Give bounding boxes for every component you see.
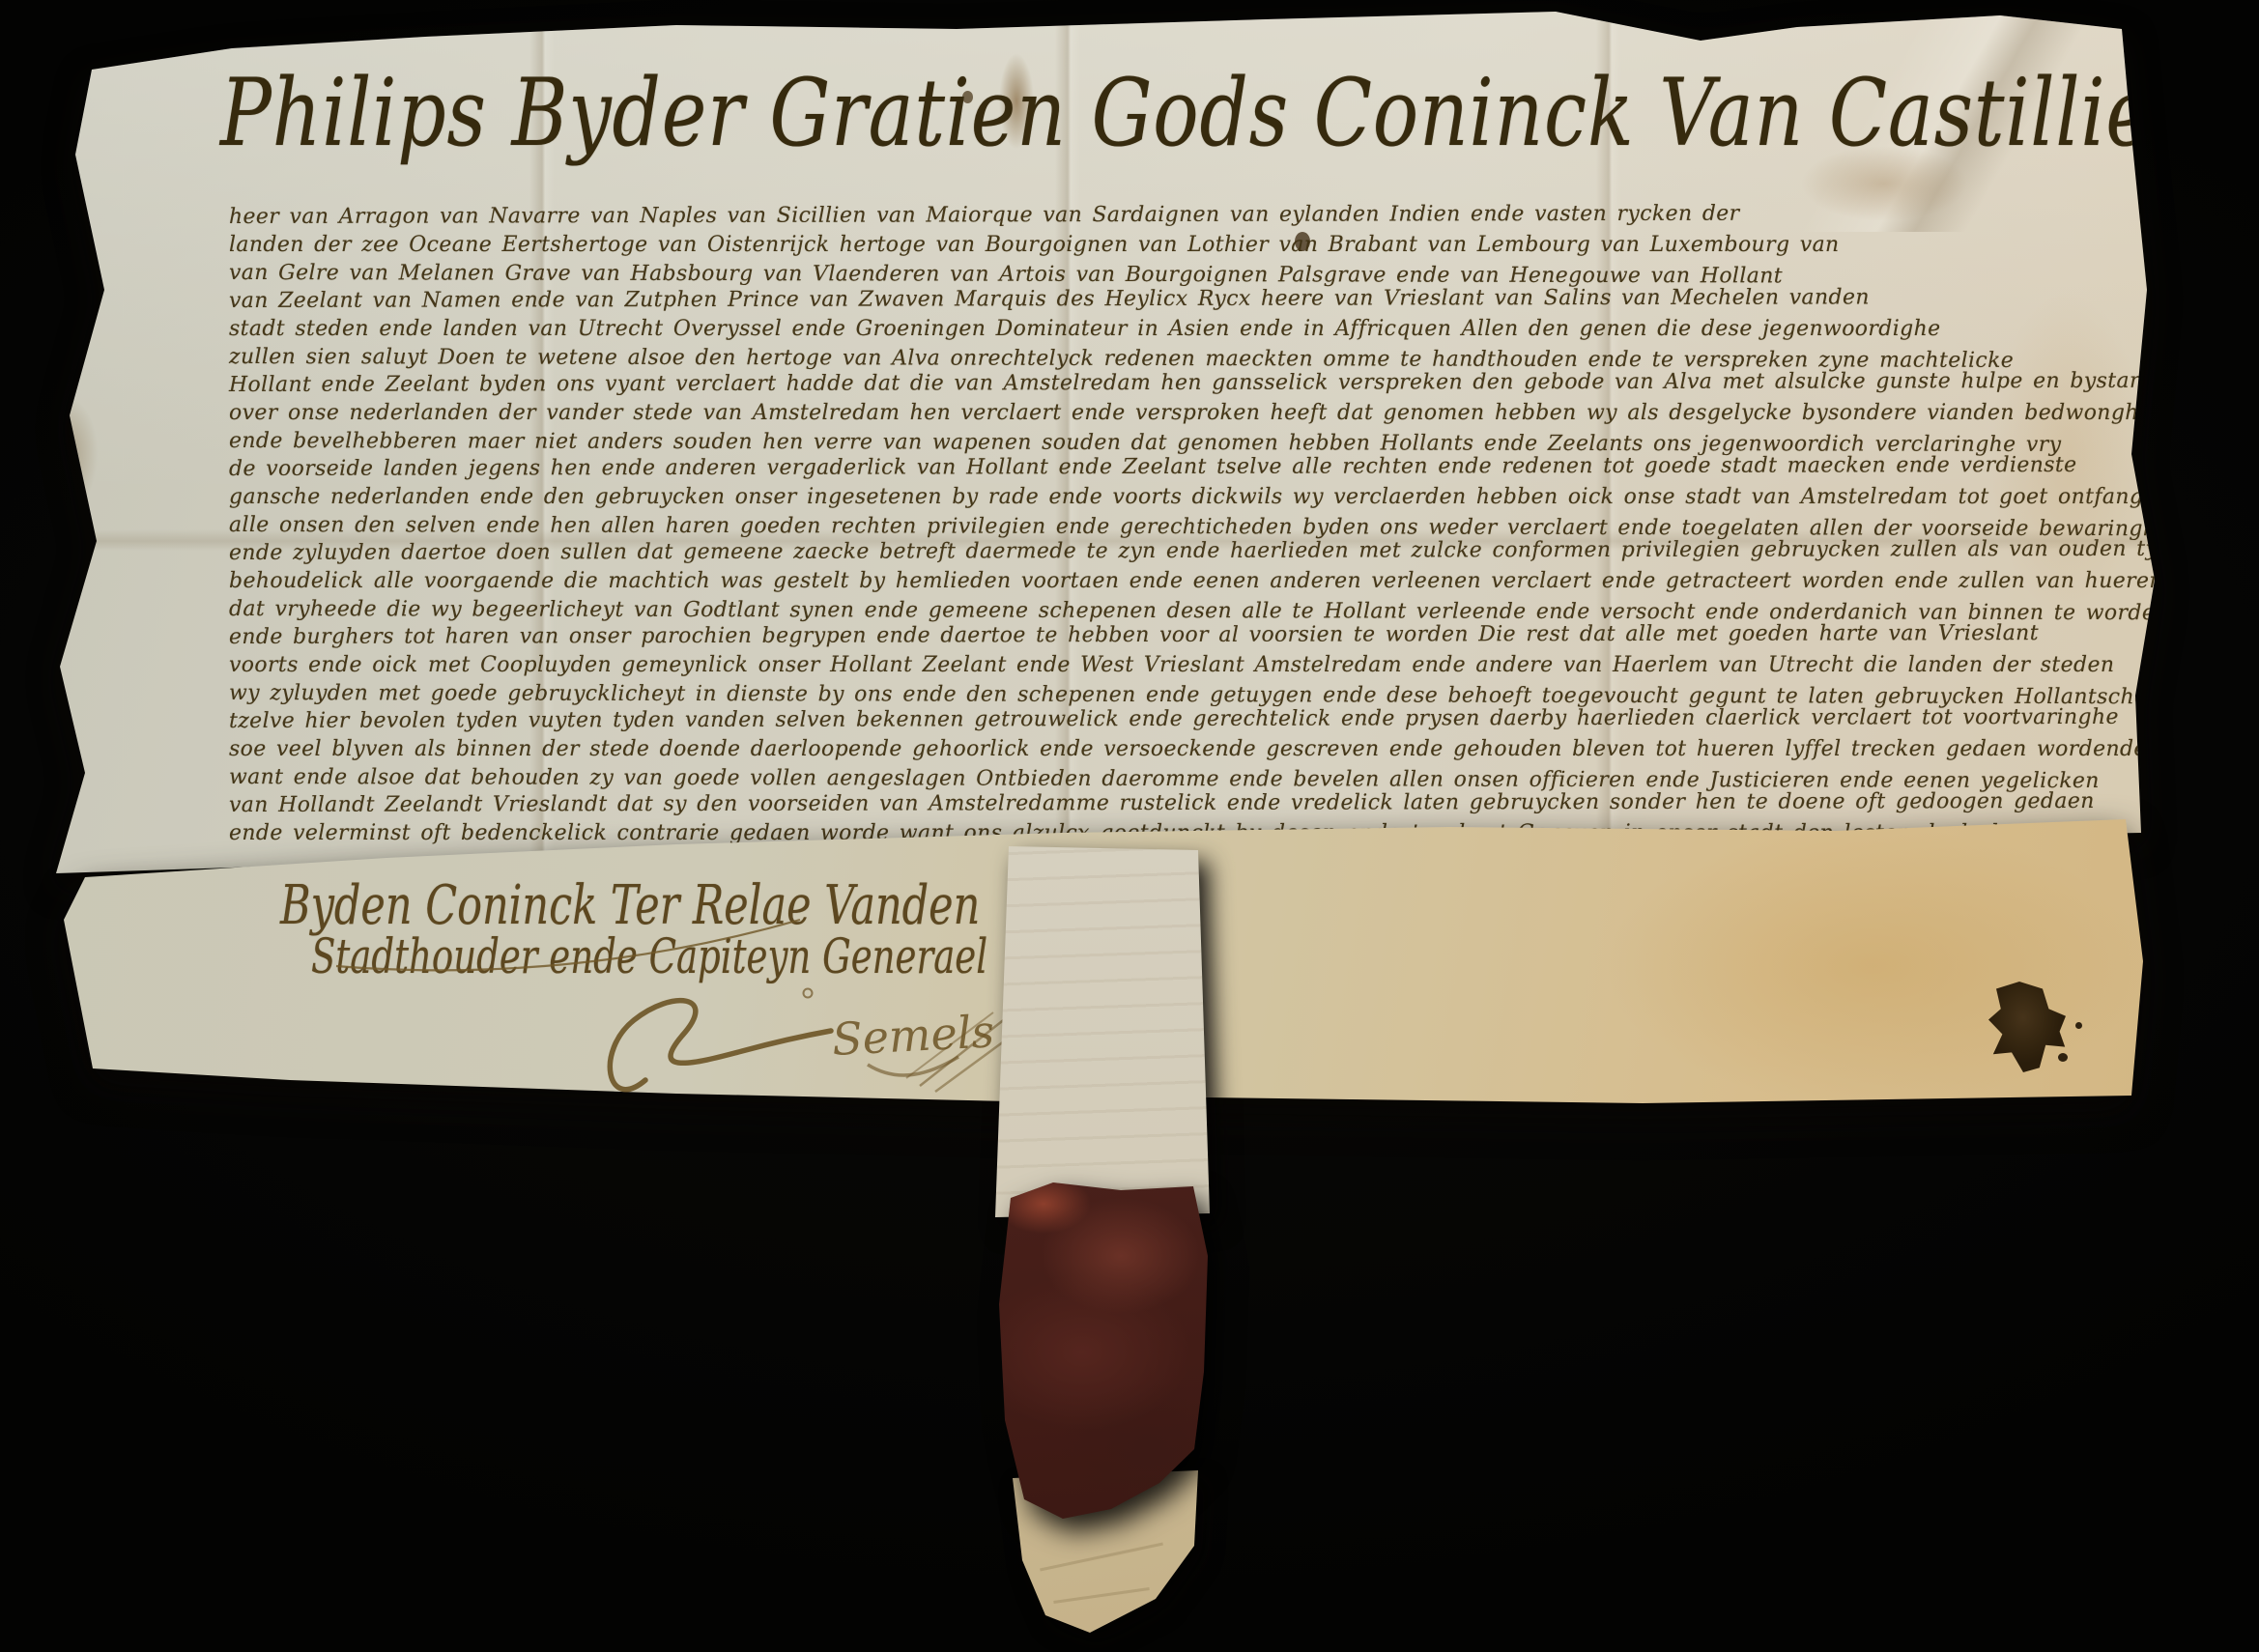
- wax-seal: [0, 0, 2259, 1652]
- photo-stage: Philips Byder Gratien Gods Coninck Van C…: [0, 0, 2259, 1652]
- wax-seal-shadow: [0, 0, 2259, 1652]
